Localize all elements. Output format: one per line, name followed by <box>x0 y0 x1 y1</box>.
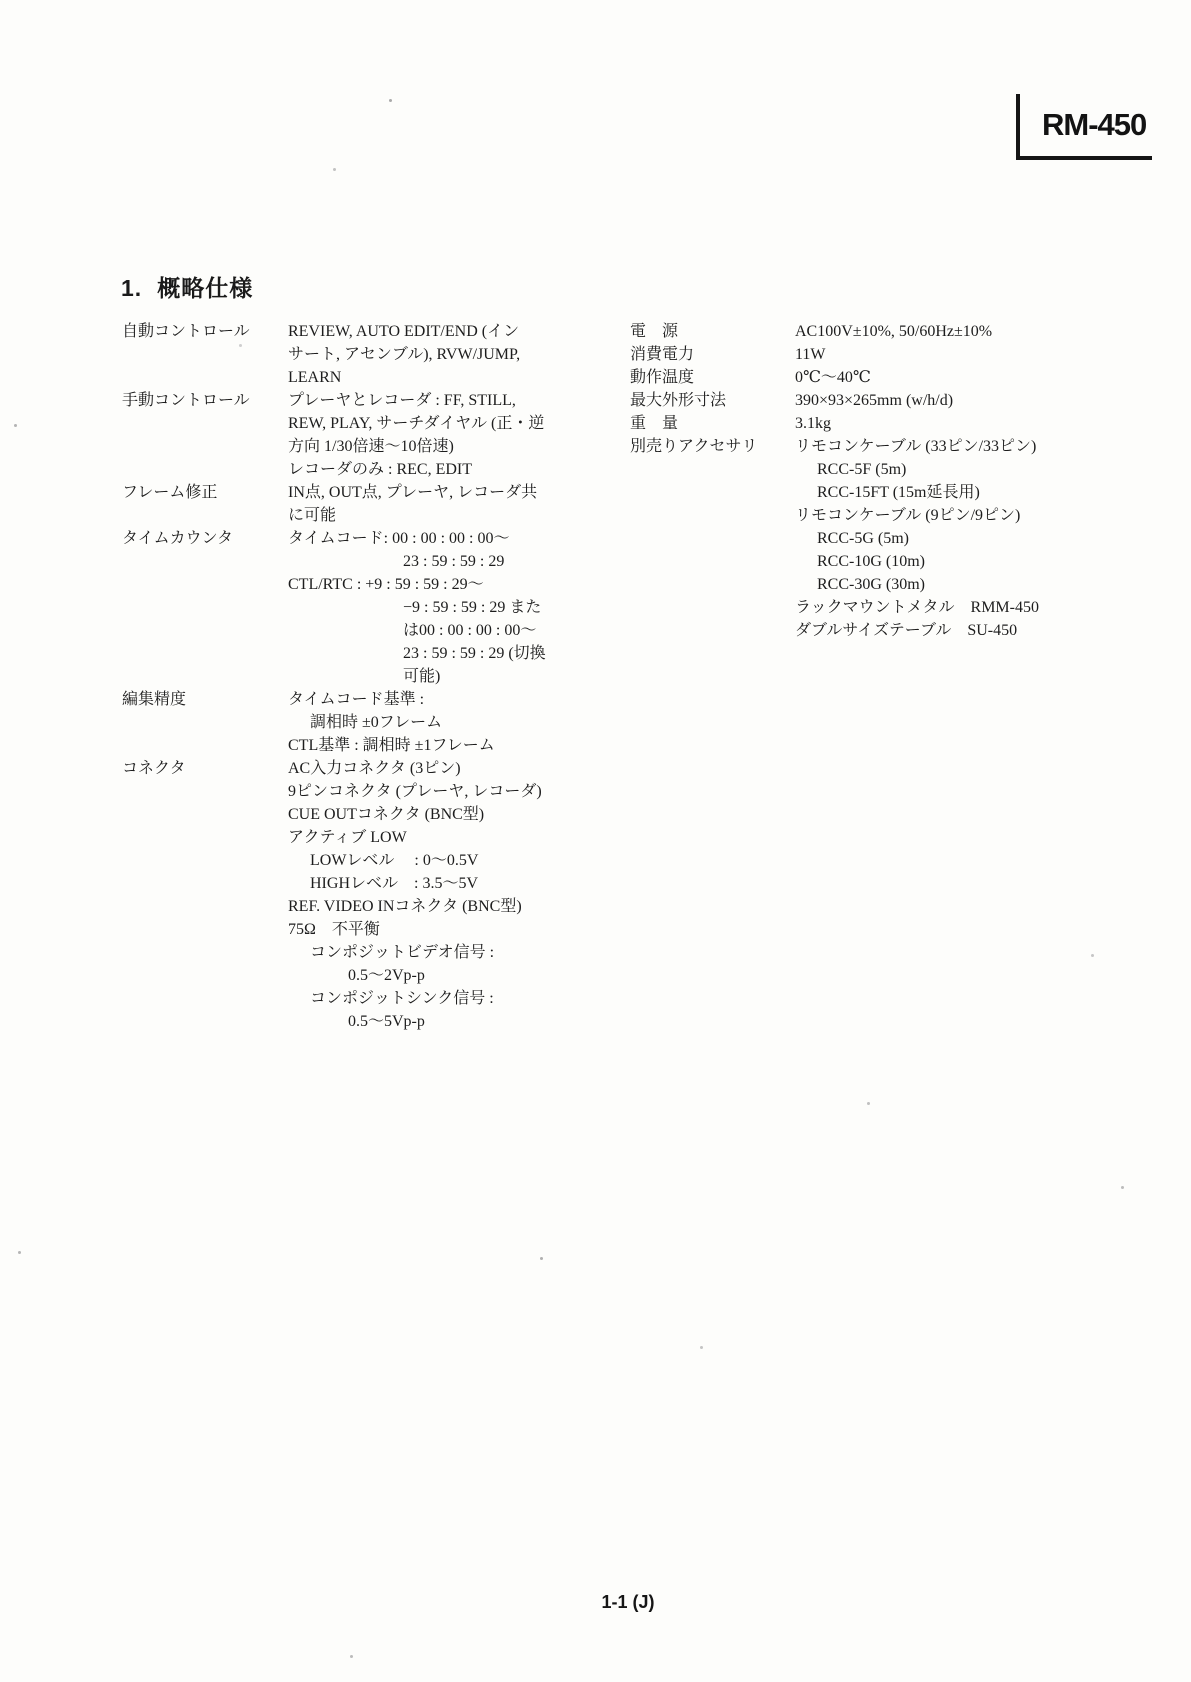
spec-row: 消費電力11W <box>630 343 1090 366</box>
spec-value: リモコンケーブル (33ピン/33ピン)RCC-5F (5m)RCC-15FT … <box>795 435 1090 642</box>
spec-value-line: RCC-5G (5m) <box>795 527 1090 550</box>
spec-label: タイムカウンタ <box>122 527 288 550</box>
spec-label: 重 量 <box>630 412 795 435</box>
spec-label: 手動コントロール <box>122 389 288 412</box>
spec-label: 編集精度 <box>122 688 288 711</box>
spec-label: 動作温度 <box>630 366 795 389</box>
spec-value-line: サート, アセンブル), RVW/JUMP, <box>288 343 567 366</box>
spec-value-line: 可能) <box>288 665 567 688</box>
spec-value-line: リモコンケーブル (9ピン/9ピン) <box>795 504 1090 527</box>
spec-value-line: タイムコード: 00 : 00 : 00 : 00〜 <box>288 527 567 550</box>
spec-value-line: アクティブ LOW <box>288 826 567 849</box>
spec-label: 電 源 <box>630 320 795 343</box>
spec-value: 390×93×265mm (w/h/d) <box>795 389 1090 412</box>
spec-value-line: RCC-5F (5m) <box>795 458 1090 481</box>
spec-value-line: AC入力コネクタ (3ピン) <box>288 757 567 780</box>
spec-value-line: レコーダのみ : REC, EDIT <box>288 458 567 481</box>
spec-value-line: HIGHレベル : 3.5〜5V <box>288 872 567 895</box>
spec-value-line: リモコンケーブル (33ピン/33ピン) <box>795 435 1090 458</box>
spec-value: 3.1kg <box>795 412 1090 435</box>
spec-value-line: 調相時 ±0フレーム <box>288 711 567 734</box>
model-label: RM-450 <box>1042 107 1146 143</box>
spec-value-line: RCC-15FT (15m延長用) <box>795 481 1090 504</box>
spec-table-right: 電 源AC100V±10%, 50/60Hz±10%消費電力11W動作温度0℃〜… <box>630 320 1090 642</box>
spec-value-line: 方向 1/30倍速〜10倍速) <box>288 435 567 458</box>
spec-row: フレーム修正IN点, OUT点, プレーヤ, レコーダ共に可能 <box>122 481 567 527</box>
spec-row: 動作温度0℃〜40℃ <box>630 366 1090 389</box>
spec-value-line: CTL基準 : 調相時 ±1フレーム <box>288 734 567 757</box>
spec-label: 別売りアクセサリ <box>630 435 795 458</box>
page-number: 1-1 (J) <box>558 1592 698 1613</box>
spec-value-line: REVIEW, AUTO EDIT/END (イン <box>288 320 567 343</box>
spec-value-line: LEARN <box>288 366 567 389</box>
spec-value-line: コンポジットビデオ信号 : <box>288 941 567 964</box>
spec-label: フレーム修正 <box>122 481 288 504</box>
spec-value: 0℃〜40℃ <box>795 366 1090 389</box>
spec-value: 11W <box>795 343 1090 366</box>
spec-value-line: は00 : 00 : 00 : 00〜 <box>288 619 567 642</box>
spec-row: 重 量3.1kg <box>630 412 1090 435</box>
spec-table-left: 自動コントロールREVIEW, AUTO EDIT/END (インサート, アセ… <box>122 320 567 1033</box>
scan-noise-specks <box>389 99 392 102</box>
spec-value-line: CUE OUTコネクタ (BNC型) <box>288 803 567 826</box>
spec-row: 電 源AC100V±10%, 50/60Hz±10% <box>630 320 1090 343</box>
spec-value-line: 9ピンコネクタ (プレーヤ, レコーダ) <box>288 780 567 803</box>
spec-label: 自動コントロール <box>122 320 288 343</box>
spec-value: IN点, OUT点, プレーヤ, レコーダ共に可能 <box>288 481 567 527</box>
spec-value-line: 390×93×265mm (w/h/d) <box>795 389 1090 412</box>
spec-value-line: −9 : 59 : 59 : 29 また <box>288 596 567 619</box>
spec-row: 最大外形寸法390×93×265mm (w/h/d) <box>630 389 1090 412</box>
section-title-text: 概略仕様 <box>157 275 253 301</box>
spec-label: 消費電力 <box>630 343 795 366</box>
spec-value-line: 0.5〜5Vp-p <box>288 1010 567 1033</box>
spec-row: 自動コントロールREVIEW, AUTO EDIT/END (インサート, アセ… <box>122 320 567 389</box>
spec-value-line: プレーヤとレコーダ : FF, STILL, <box>288 389 567 412</box>
spec-value-line: REW, PLAY, サーチダイヤル (正・逆 <box>288 412 567 435</box>
spec-value-line: IN点, OUT点, プレーヤ, レコーダ共 <box>288 481 567 504</box>
scanned-manual-page: RM-450 1.概略仕様 自動コントロールREVIEW, AUTO EDIT/… <box>0 0 1191 1682</box>
spec-value-line: ラックマウントメタル RMM-450 <box>795 596 1090 619</box>
spec-value-line: 23 : 59 : 59 : 29 (切換 <box>288 642 567 665</box>
spec-value-line: 23 : 59 : 59 : 29 <box>288 550 567 573</box>
spec-label: コネクタ <box>122 757 288 780</box>
spec-row: 別売りアクセサリリモコンケーブル (33ピン/33ピン)RCC-5F (5m)R… <box>630 435 1090 642</box>
spec-value-line: RCC-10G (10m) <box>795 550 1090 573</box>
spec-value-line: 11W <box>795 343 1090 366</box>
spec-value: AC100V±10%, 50/60Hz±10% <box>795 320 1090 343</box>
model-label-corner-box: RM-450 <box>1016 94 1152 160</box>
spec-value: タイムコード基準 :調相時 ±0フレームCTL基準 : 調相時 ±1フレーム <box>288 688 567 757</box>
spec-value-line: AC100V±10%, 50/60Hz±10% <box>795 320 1090 343</box>
spec-value-line: 0℃〜40℃ <box>795 366 1090 389</box>
spec-row: コネクタAC入力コネクタ (3ピン)9ピンコネクタ (プレーヤ, レコーダ)CU… <box>122 757 567 1033</box>
spec-value-line: ダブルサイズテーブル SU-450 <box>795 619 1090 642</box>
spec-value-line: 0.5〜2Vp-p <box>288 964 567 987</box>
spec-value-line: REF. VIDEO INコネクタ (BNC型) <box>288 895 567 918</box>
spec-value: タイムコード: 00 : 00 : 00 : 00〜23 : 59 : 59 :… <box>288 527 567 688</box>
spec-value-line: に可能 <box>288 504 567 527</box>
section-number: 1. <box>121 275 142 301</box>
spec-value-line: 3.1kg <box>795 412 1090 435</box>
spec-value-line: LOWレベル : 0〜0.5V <box>288 849 567 872</box>
spec-value-line: コンポジットシンク信号 : <box>288 987 567 1010</box>
spec-label: 最大外形寸法 <box>630 389 795 412</box>
section-heading: 1.概略仕様 <box>121 270 253 303</box>
spec-row: 手動コントロールプレーヤとレコーダ : FF, STILL,REW, PLAY,… <box>122 389 567 481</box>
spec-value: REVIEW, AUTO EDIT/END (インサート, アセンブル), RV… <box>288 320 567 389</box>
spec-value-line: CTL/RTC : +9 : 59 : 59 : 29〜 <box>288 573 567 596</box>
spec-row: 編集精度タイムコード基準 :調相時 ±0フレームCTL基準 : 調相時 ±1フレ… <box>122 688 567 757</box>
spec-value: プレーヤとレコーダ : FF, STILL,REW, PLAY, サーチダイヤル… <box>288 389 567 481</box>
spec-value-line: 75Ω 不平衡 <box>288 918 567 941</box>
spec-value-line: タイムコード基準 : <box>288 688 567 711</box>
spec-value-line: RCC-30G (30m) <box>795 573 1090 596</box>
spec-row: タイムカウンタタイムコード: 00 : 00 : 00 : 00〜23 : 59… <box>122 527 567 688</box>
spec-value: AC入力コネクタ (3ピン)9ピンコネクタ (プレーヤ, レコーダ)CUE OU… <box>288 757 567 1033</box>
